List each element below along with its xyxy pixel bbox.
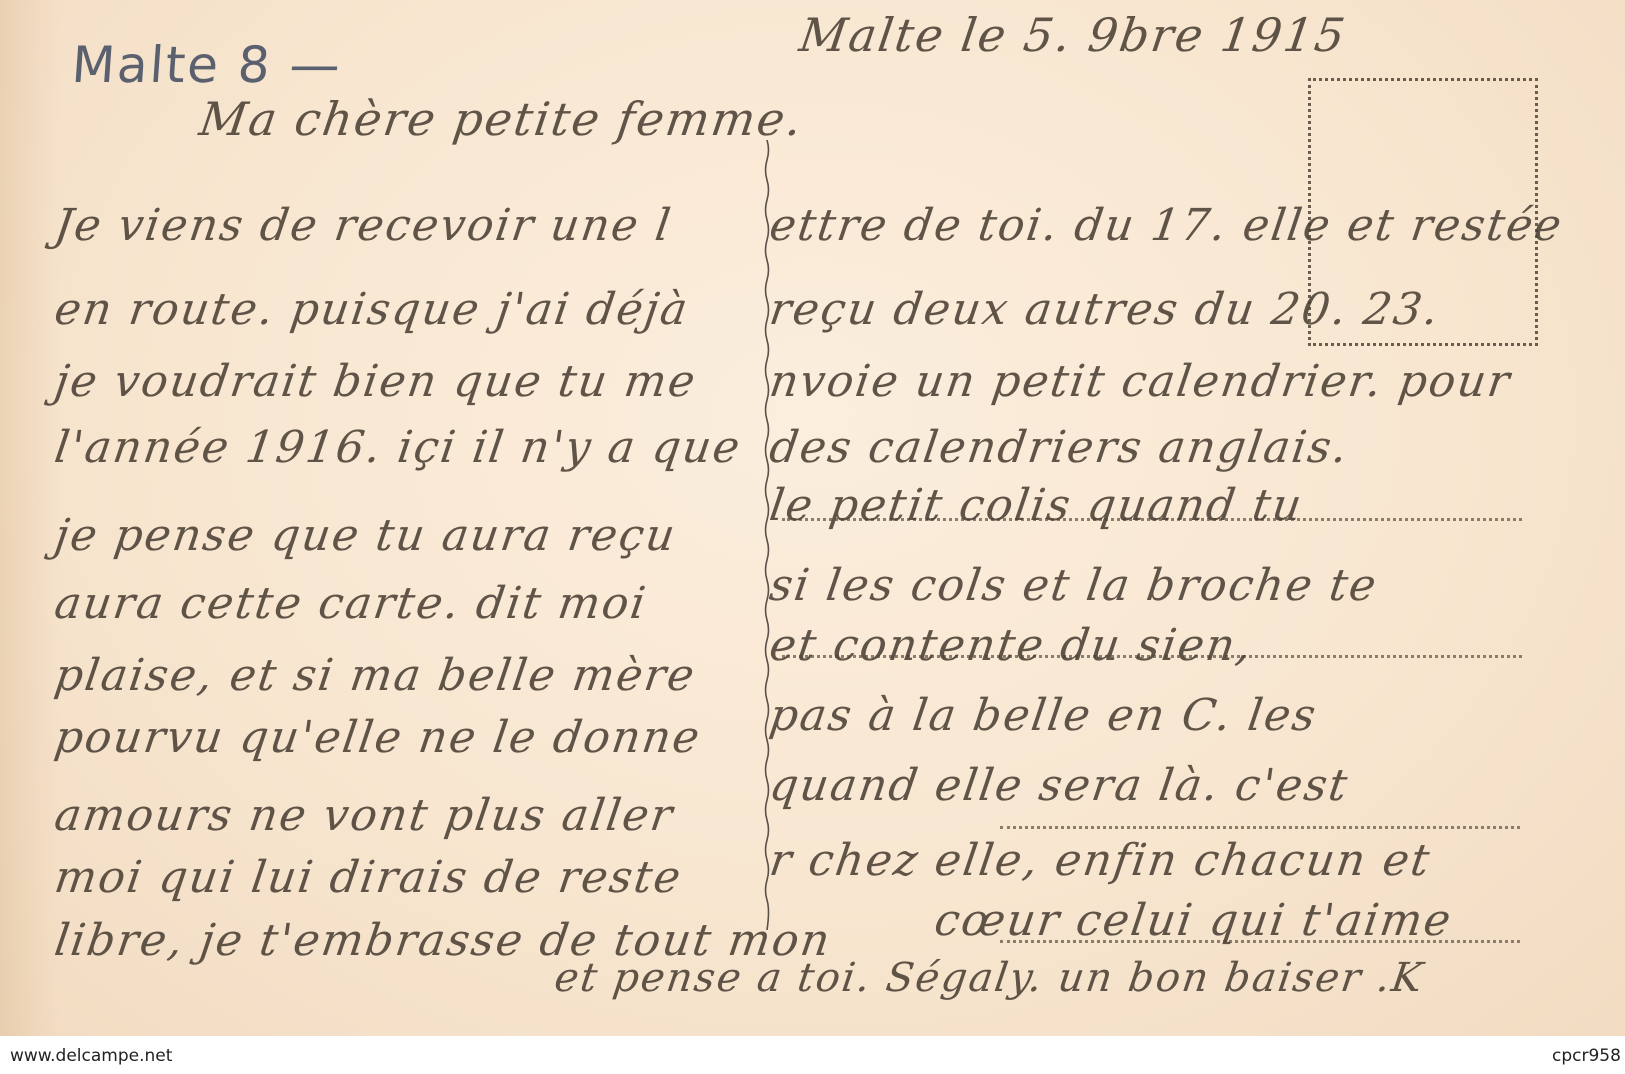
postcard-divider-line (762, 140, 772, 930)
letter-line-5-left: je pense que tu aura reçu (51, 510, 679, 561)
letter-line-7-left: plaise, et si ma belle mère (51, 650, 699, 701)
dateline: Malte le 5. 9bre 1915 (796, 8, 1350, 62)
letter-line-8-left: pourvu qu'elle ne le donne (51, 712, 704, 763)
pencil-note: Malte 8 — (70, 36, 344, 94)
salutation: Ma chère petite femme. (196, 92, 807, 146)
letter-line-3-left: je voudrait bien que tu me (51, 356, 700, 407)
letter-line-4-right: des calendriers anglais. (766, 422, 1352, 473)
letter-line-3-right: nvoie un petit calendrier. pour (766, 356, 1514, 407)
letter-line-9-left: amours ne vont plus aller (51, 790, 677, 841)
letter-line-6-left: aura cette carte. dit moi (51, 578, 650, 629)
letter-line-7-right: et contente du sien, (766, 620, 1256, 671)
letter-line-2-right: reçu deux autres du 20. 23. (766, 284, 1443, 335)
letter-line-12-closing: et pense a toi. Ségaly. un bon baiser .K (552, 955, 1427, 1001)
letter-line-10-left: moi qui lui dirais de reste (51, 852, 685, 903)
watermark-site: www.delcampe.net (10, 1046, 172, 1066)
letter-line-1-right: ettre de toi. du 17. elle et restée (766, 200, 1566, 251)
letter-line-2-left: en route. puisque j'ai déjà (51, 284, 692, 335)
postcard-back: Malte 8 — Malte le 5. 9bre 1915 Ma chère… (0, 0, 1625, 1036)
letter-line-8-right: pas à la belle en C. les (766, 690, 1320, 741)
letter-line-1-left: Je viens de recevoir une l (51, 200, 675, 251)
address-line-3 (1000, 826, 1520, 829)
watermark-id: cpcr958 (1552, 1046, 1621, 1066)
watermark-strip: www.delcampe.net cpcr958 (0, 1036, 1625, 1074)
letter-line-6-right: si les cols et la broche te (766, 560, 1381, 611)
letter-line-4-left: l'année 1916. içi il n'y a que (51, 422, 744, 473)
letter-line-10-right: r chez elle, enfin chacun et (766, 835, 1434, 886)
letter-line-11-right: cœur celui qui t'aime (931, 895, 1455, 946)
letter-line-5-right: le petit colis quand tu (766, 480, 1306, 531)
letter-line-9-right: quand elle sera là. c'est (766, 760, 1352, 811)
